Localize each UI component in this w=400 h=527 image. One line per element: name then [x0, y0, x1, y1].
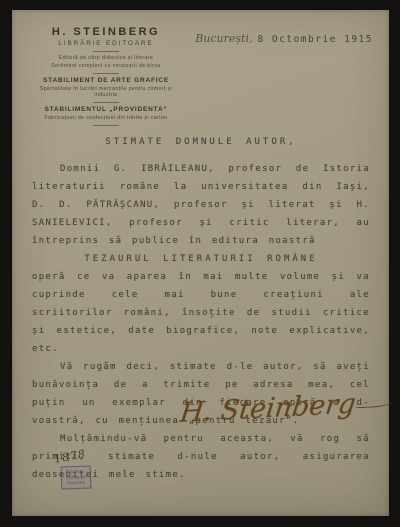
- letterhead-dept2-title: STABILIMENTUL „PROVIDENTA“: [26, 106, 186, 113]
- scan-border: H. STEINBERG LIBRĂRIE EDITOARE Editură d…: [0, 0, 400, 527]
- letter-paper: H. STEINBERG LIBRĂRIE EDITOARE Editură d…: [12, 10, 389, 516]
- salutation: STIMATE DOMNULE AUTOR,: [32, 133, 370, 151]
- letterhead-divider: [93, 51, 119, 52]
- dateline-date: 8 Octombrie 1915: [257, 34, 373, 45]
- letter-body: STIMATE DOMNULE AUTOR, Domnii G. IBRĂILE…: [32, 133, 370, 484]
- letterhead-subtitle: LIBRĂRIE EDITOARE: [26, 40, 186, 47]
- letterhead-divider: [93, 125, 119, 126]
- dateline-city: București,: [195, 32, 252, 45]
- letterhead-line1: Editură de cărți didactice și literare: [30, 55, 182, 61]
- paragraph-1: Domnii G. IBRĂILEANU, profesor de Istori…: [32, 160, 370, 250]
- dateline: București,8 Octombrie 1915: [195, 29, 373, 47]
- museum-stamp: Muzeul Literaturii Române: [61, 465, 92, 489]
- letterhead-line2: Sortiment complect cu necesarii de birou: [30, 63, 182, 69]
- letterhead-dept1-subtitle: Specialitate în lucrări mercantile pentr…: [30, 86, 182, 97]
- letterhead-dept2-subtitle: Fabricațiuni de confecțiuni din hârtie ș…: [30, 115, 182, 121]
- museum-stamp-line: Române: [63, 480, 89, 486]
- paragraph-2: operă ce va aparea în mai multe volume ș…: [32, 268, 370, 358]
- letterhead-company-name: H. STEINBERG: [26, 26, 186, 38]
- letterhead-divider: [93, 102, 119, 103]
- work-title: TEZAURUL LITERATURII ROMÂNE: [32, 250, 370, 268]
- letterhead-divider: [93, 73, 119, 74]
- letterhead-dept1-title: STABILIMENT DE ARTE GRAFICE: [26, 77, 186, 84]
- letterhead: H. STEINBERG LIBRĂRIE EDITOARE Editură d…: [26, 26, 186, 129]
